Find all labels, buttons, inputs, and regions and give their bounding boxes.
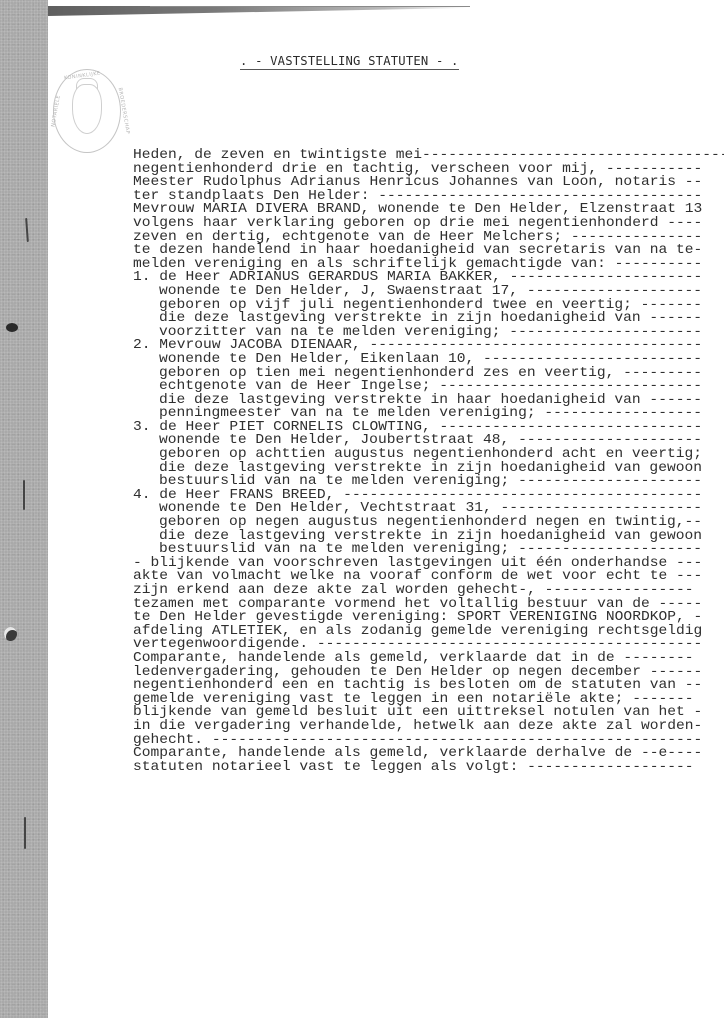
seal-text-right: BROEDERSCHAP [117,87,131,135]
notary-seal-stamp-icon: KONINKLIJKE NOTARIËLE BROEDERSCHAP [53,69,121,153]
document-heading: . - VASTSTELLING STATUTEN - . [240,54,459,70]
page-top-shadow [48,6,468,16]
scanned-document-page: KONINKLIJKE NOTARIËLE BROEDERSCHAP . - V… [0,0,724,1024]
text-line: volgens haar verklaring geboren op drie … [133,217,724,230]
text-line: Comparante, handelende als gemeld, verkl… [133,652,724,665]
coat-of-arms-icon [72,84,102,134]
text-line: wonende te Den Helder, Eikenlaan 10, ---… [133,353,724,366]
text-line: die deze lastgeving verstrekte in zijn h… [133,312,724,325]
text-line: zijn erkend aan deze akte zal worden geh… [133,584,724,597]
text-line: in die vergadering verhandelde, hetwelk … [133,720,724,733]
text-line: Heden, de zeven en twintigste mei-------… [133,149,724,162]
staple-mark-icon [24,817,26,849]
text-line: geboren op achttien augustus negentienho… [133,448,724,461]
punch-hole-icon [4,627,17,641]
staple-mark-icon [23,480,25,510]
text-line: Comparante, handelende als gemeld, verkl… [133,747,724,760]
text-line: wonende te Den Helder, J, Swaenstraat 17… [133,285,724,298]
seal-text-left: NOTARIËLE [50,95,62,128]
punch-hole-icon [6,323,18,332]
text-line: statuten notarieel vast te leggen als vo… [133,761,724,774]
page-top-edge [150,6,470,7]
deed-body-text: Heden, de zeven en twintigste mei-------… [133,149,724,774]
text-line: geboren op negen augustus negentienhonde… [133,516,724,529]
text-line: echtgenote van de Heer Ingelse; --------… [133,380,724,393]
